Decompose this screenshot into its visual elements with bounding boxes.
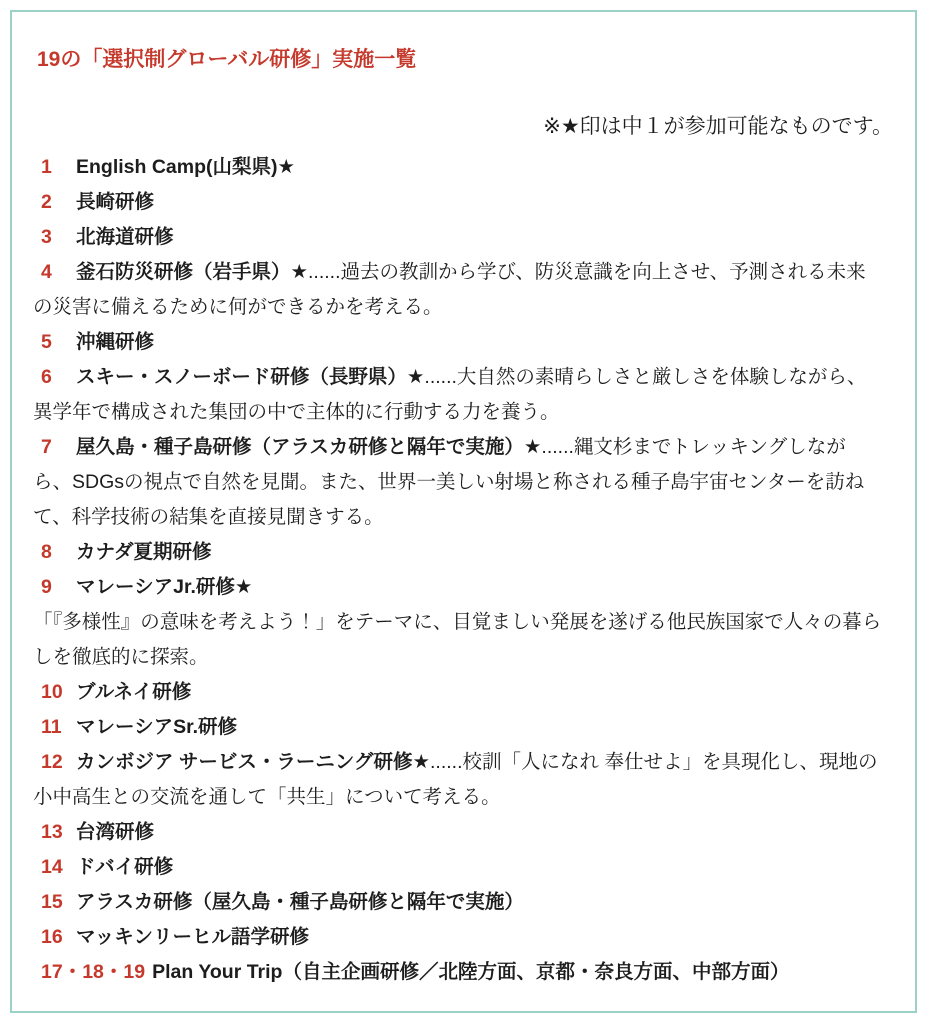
item-name: ブルネイ研修 <box>76 681 191 703</box>
star-footnote: ※★印は中１が参加可能なものです。 <box>33 112 903 142</box>
item-name: 長崎研修 <box>76 191 154 213</box>
item-name: 台湾研修 <box>76 821 154 843</box>
training-item: 12カンボジア サービス・ラーニング研修★......校訓「人になれ 奉仕せよ」… <box>33 745 903 815</box>
item-number: 5 <box>33 325 69 360</box>
item-number: 16 <box>33 920 69 955</box>
item-number: 6 <box>33 360 69 395</box>
training-item: 11マレーシアSr.研修 <box>33 710 903 745</box>
item-name: カナダ夏期研修 <box>76 541 212 563</box>
item-name: Plan Your Trip（自主企画研修／北陸方面、京都・奈良方面、中部方面） <box>152 961 789 983</box>
training-item: 17・18・19Plan Your Trip（自主企画研修／北陸方面、京都・奈良… <box>33 955 903 990</box>
item-name: 沖縄研修 <box>76 331 154 353</box>
item-name: English Camp(山梨県)★ <box>76 156 295 178</box>
item-name: ドバイ研修 <box>76 856 173 878</box>
item-number: 14 <box>33 850 69 885</box>
training-item: 1English Camp(山梨県)★ <box>33 150 903 185</box>
training-list: 1English Camp(山梨県)★ 2長崎研修 3北海道研修 4釜石防災研修… <box>33 150 903 990</box>
item-name: アラスカ研修（屋久島・種子島研修と隔年で実施） <box>76 891 524 913</box>
item-number: 1 <box>33 150 69 185</box>
item-name: カンボジア サービス・ラーニング研修★ <box>76 751 430 773</box>
item-name: 北海道研修 <box>76 226 174 248</box>
item-number: 11 <box>33 710 69 745</box>
item-name: 屋久島・種子島研修（アラスカ研修と隔年で実施）★ <box>76 436 541 458</box>
training-item: 8カナダ夏期研修 <box>33 535 903 570</box>
document-panel: 19の「選択制グローバル研修」実施一覧 ※★印は中１が参加可能なものです。 1E… <box>10 10 917 1013</box>
page-title: 19の「選択制グローバル研修」実施一覧 <box>37 46 903 74</box>
item-number: 17・18・19 <box>33 955 145 990</box>
item-number: 9 <box>33 570 69 605</box>
training-item: 16マッキンリーヒル語学研修 <box>33 920 903 955</box>
training-item: 10ブルネイ研修 <box>33 675 903 710</box>
training-item: 3北海道研修 <box>33 220 903 255</box>
training-item: 13台湾研修 <box>33 815 903 850</box>
item-number: 4 <box>33 255 69 290</box>
item-name: マッキンリーヒル語学研修 <box>76 926 309 948</box>
item-number: 8 <box>33 535 69 570</box>
training-item: 2長崎研修 <box>33 185 903 220</box>
training-item: 4釜石防災研修（岩手県）★......過去の教訓から学び、防災意識を向上させ、予… <box>33 255 903 325</box>
training-item: 7屋久島・種子島研修（アラスカ研修と隔年で実施）★......縄文杉までトレッキ… <box>33 430 903 535</box>
item-number: 13 <box>33 815 69 850</box>
training-item: 9マレーシアJr.研修★ 「『多様性』の意味を考えよう！」をテーマに、目覚ましい… <box>33 570 903 675</box>
training-item: 5沖縄研修 <box>33 325 903 360</box>
item-number: 2 <box>33 185 69 220</box>
item-number: 3 <box>33 220 69 255</box>
item-name: 釜石防災研修（岩手県）★ <box>76 261 308 283</box>
item-number: 10 <box>33 675 69 710</box>
item-number: 15 <box>33 885 69 920</box>
item-description: 「『多様性』の意味を考えよう！」をテーマに、目覚ましい発展を遂げる他民族国家で人… <box>33 611 881 668</box>
item-number: 12 <box>33 745 69 780</box>
item-name: スキー・スノーボード研修（長野県）★ <box>76 366 424 388</box>
item-name: マレーシアSr.研修 <box>76 716 237 738</box>
training-item: 15アラスカ研修（屋久島・種子島研修と隔年で実施） <box>33 885 903 920</box>
training-item: 14ドバイ研修 <box>33 850 903 885</box>
item-number: 7 <box>33 430 69 465</box>
item-name: マレーシアJr.研修★ <box>76 576 252 598</box>
training-item: 6スキー・スノーボード研修（長野県）★......大自然の素晴らしさと厳しさを体… <box>33 360 903 430</box>
